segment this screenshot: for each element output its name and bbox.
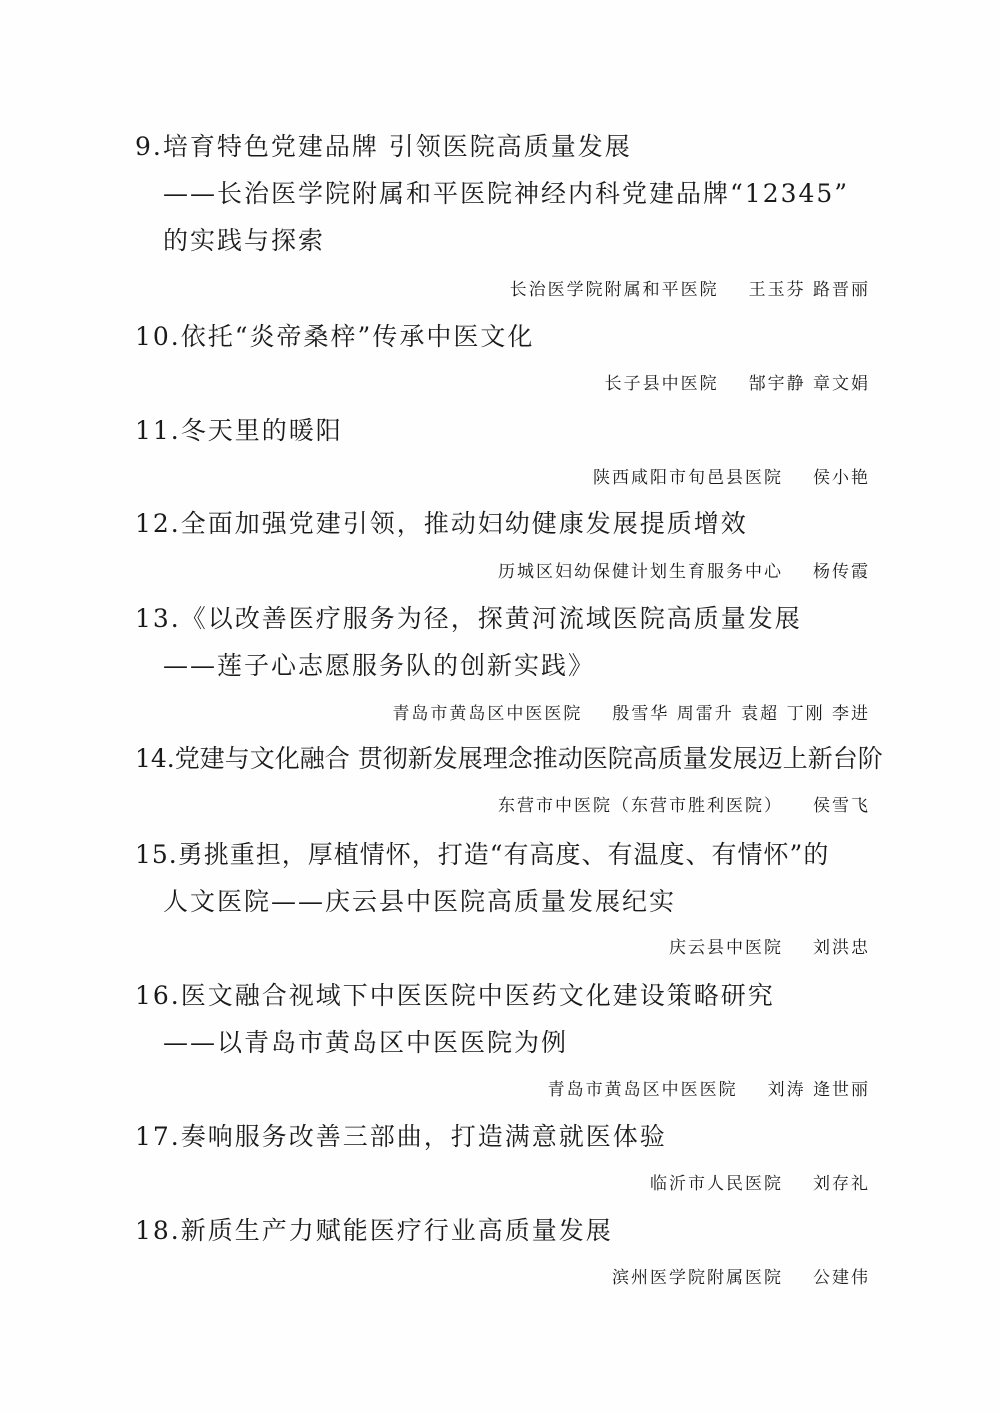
item-title-text: 全面加强党建引领，推动妇幼健康发展提质增效 [181,509,748,538]
item-organization: 陕西咸阳市旬邑县医院 [593,468,783,488]
item-18-title-line-1: 18.新质生产力赋能医疗行业高质量发展 [135,1218,613,1243]
item-authors: 殷雪华 周雷升 袁超 丁刚 李进 [612,704,870,724]
item-organization: 临沂市人民医院 [650,1174,783,1194]
item-title-text: 《以改善医疗服务为径，探黄河流域医院高质量发展 [181,604,802,633]
item-number: 10. [135,322,181,351]
item-authors: 刘涛 逄世丽 [768,1080,870,1100]
item-16-byline: 青岛市黄岛区中医医院刘涛 逄世丽 [548,1082,870,1099]
item-13-byline: 青岛市黄岛区中医医院殷雪华 周雷升 袁超 丁刚 李进 [392,706,870,723]
item-11-title-line-1: 11.冬天里的暖阳 [135,418,343,443]
item-title-text: 新质生产力赋能医疗行业高质量发展 [181,1216,613,1245]
item-14-byline: 东营市中医院（东营市胜利医院）侯雪飞 [498,798,870,815]
item-number: 17. [135,1122,181,1151]
item-number: 13. [135,604,181,633]
item-16-title-line-1: 16.医文融合视域下中医医院中医药文化建设策略研究 [135,983,775,1008]
item-organization: 长治医学院附属和平医院 [510,280,719,300]
item-12-byline: 历城区妇幼保健计划生育服务中心杨传霞 [498,564,870,581]
item-13-title-line-1: 13.《以改善医疗服务为径，探黄河流域医院高质量发展 [135,606,802,631]
item-17-title-line-1: 17.奏响服务改善三部曲，打造满意就医体验 [135,1124,667,1149]
item-9-title-line-2: ——长治医学院附属和平医院神经内科党建品牌“12345” [163,181,849,206]
item-18-byline: 滨州医学院附属医院公建伟 [612,1270,870,1287]
item-10-title-line-1: 10.依托“炎帝桑梓”传承中医文化 [135,324,534,349]
item-15-title-line-1: 15.勇挑重担，厚植情怀，打造“有高度、有温度、有情怀”的 [135,842,829,867]
item-title-text: 勇挑重担，厚植情怀，打造“有高度、有温度、有情怀”的 [178,840,830,869]
item-number: 14. [135,744,175,773]
item-11-byline: 陕西咸阳市旬邑县医院侯小艳 [593,470,870,487]
item-organization: 东营市中医院（东营市胜利医院） [498,796,783,816]
item-organization: 庆云县中医院 [669,938,783,958]
item-title-text: 奏响服务改善三部曲，打造满意就医体验 [181,1122,667,1151]
item-authors: 公建伟 [813,1268,870,1288]
item-number: 11. [135,416,181,445]
item-15-title-line-2: 人文医院——庆云县中医院高质量发展纪实 [163,889,676,914]
item-organization: 青岛市黄岛区中医医院 [548,1080,738,1100]
item-title-text: 培育特色党建品牌 引领医院高质量发展 [163,132,632,161]
item-authors: 刘洪忠 [813,938,870,958]
item-organization: 长子县中医院 [605,374,719,394]
item-title-text: 依托“炎帝桑梓”传承中医文化 [181,322,535,351]
document-page: 9.培育特色党建品牌 引领医院高质量发展 ——长治医学院附属和平医院神经内科党建… [0,0,1000,1413]
item-9-title-line-3: 的实践与探索 [163,228,325,253]
item-number: 15. [135,840,178,869]
item-authors: 王玉芬 路晋丽 [749,280,870,300]
item-authors: 刘存礼 [813,1174,870,1194]
item-9-title-line-1: 9.培育特色党建品牌 引领医院高质量发展 [135,134,632,159]
item-authors: 侯雪飞 [813,796,870,816]
item-13-title-line-2: ——莲子心志愿服务队的创新实践》 [163,653,595,678]
item-organization: 滨州医学院附属医院 [612,1268,783,1288]
item-authors: 杨传霞 [813,562,870,582]
item-number: 18. [135,1216,181,1245]
item-number: 16. [135,981,181,1010]
item-authors: 郜宇静 章文娟 [749,374,870,394]
item-17-byline: 临沂市人民医院刘存礼 [650,1176,870,1193]
item-14-title-line-1: 14.党建与文化融合 贯彻新发展理念推动医院高质量发展迈上新台阶 [135,746,883,771]
item-15-byline: 庆云县中医院刘洪忠 [669,940,870,957]
item-organization: 历城区妇幼保健计划生育服务中心 [498,562,783,582]
item-number: 9. [135,132,163,161]
item-title-text: 党建与文化融合 贯彻新发展理念推动医院高质量发展迈上新台阶 [175,744,883,773]
item-organization: 青岛市黄岛区中医医院 [392,704,582,724]
item-title-text: 冬天里的暖阳 [181,416,343,445]
item-12-title-line-1: 12.全面加强党建引领，推动妇幼健康发展提质增效 [135,511,748,536]
item-10-byline: 长子县中医院郜宇静 章文娟 [605,376,870,393]
item-number: 12. [135,509,181,538]
item-authors: 侯小艳 [813,468,870,488]
item-16-title-line-2: ——以青岛市黄岛区中医医院为例 [163,1030,568,1055]
item-9-byline: 长治医学院附属和平医院王玉芬 路晋丽 [510,282,870,299]
item-title-text: 医文融合视域下中医医院中医药文化建设策略研究 [181,981,775,1010]
